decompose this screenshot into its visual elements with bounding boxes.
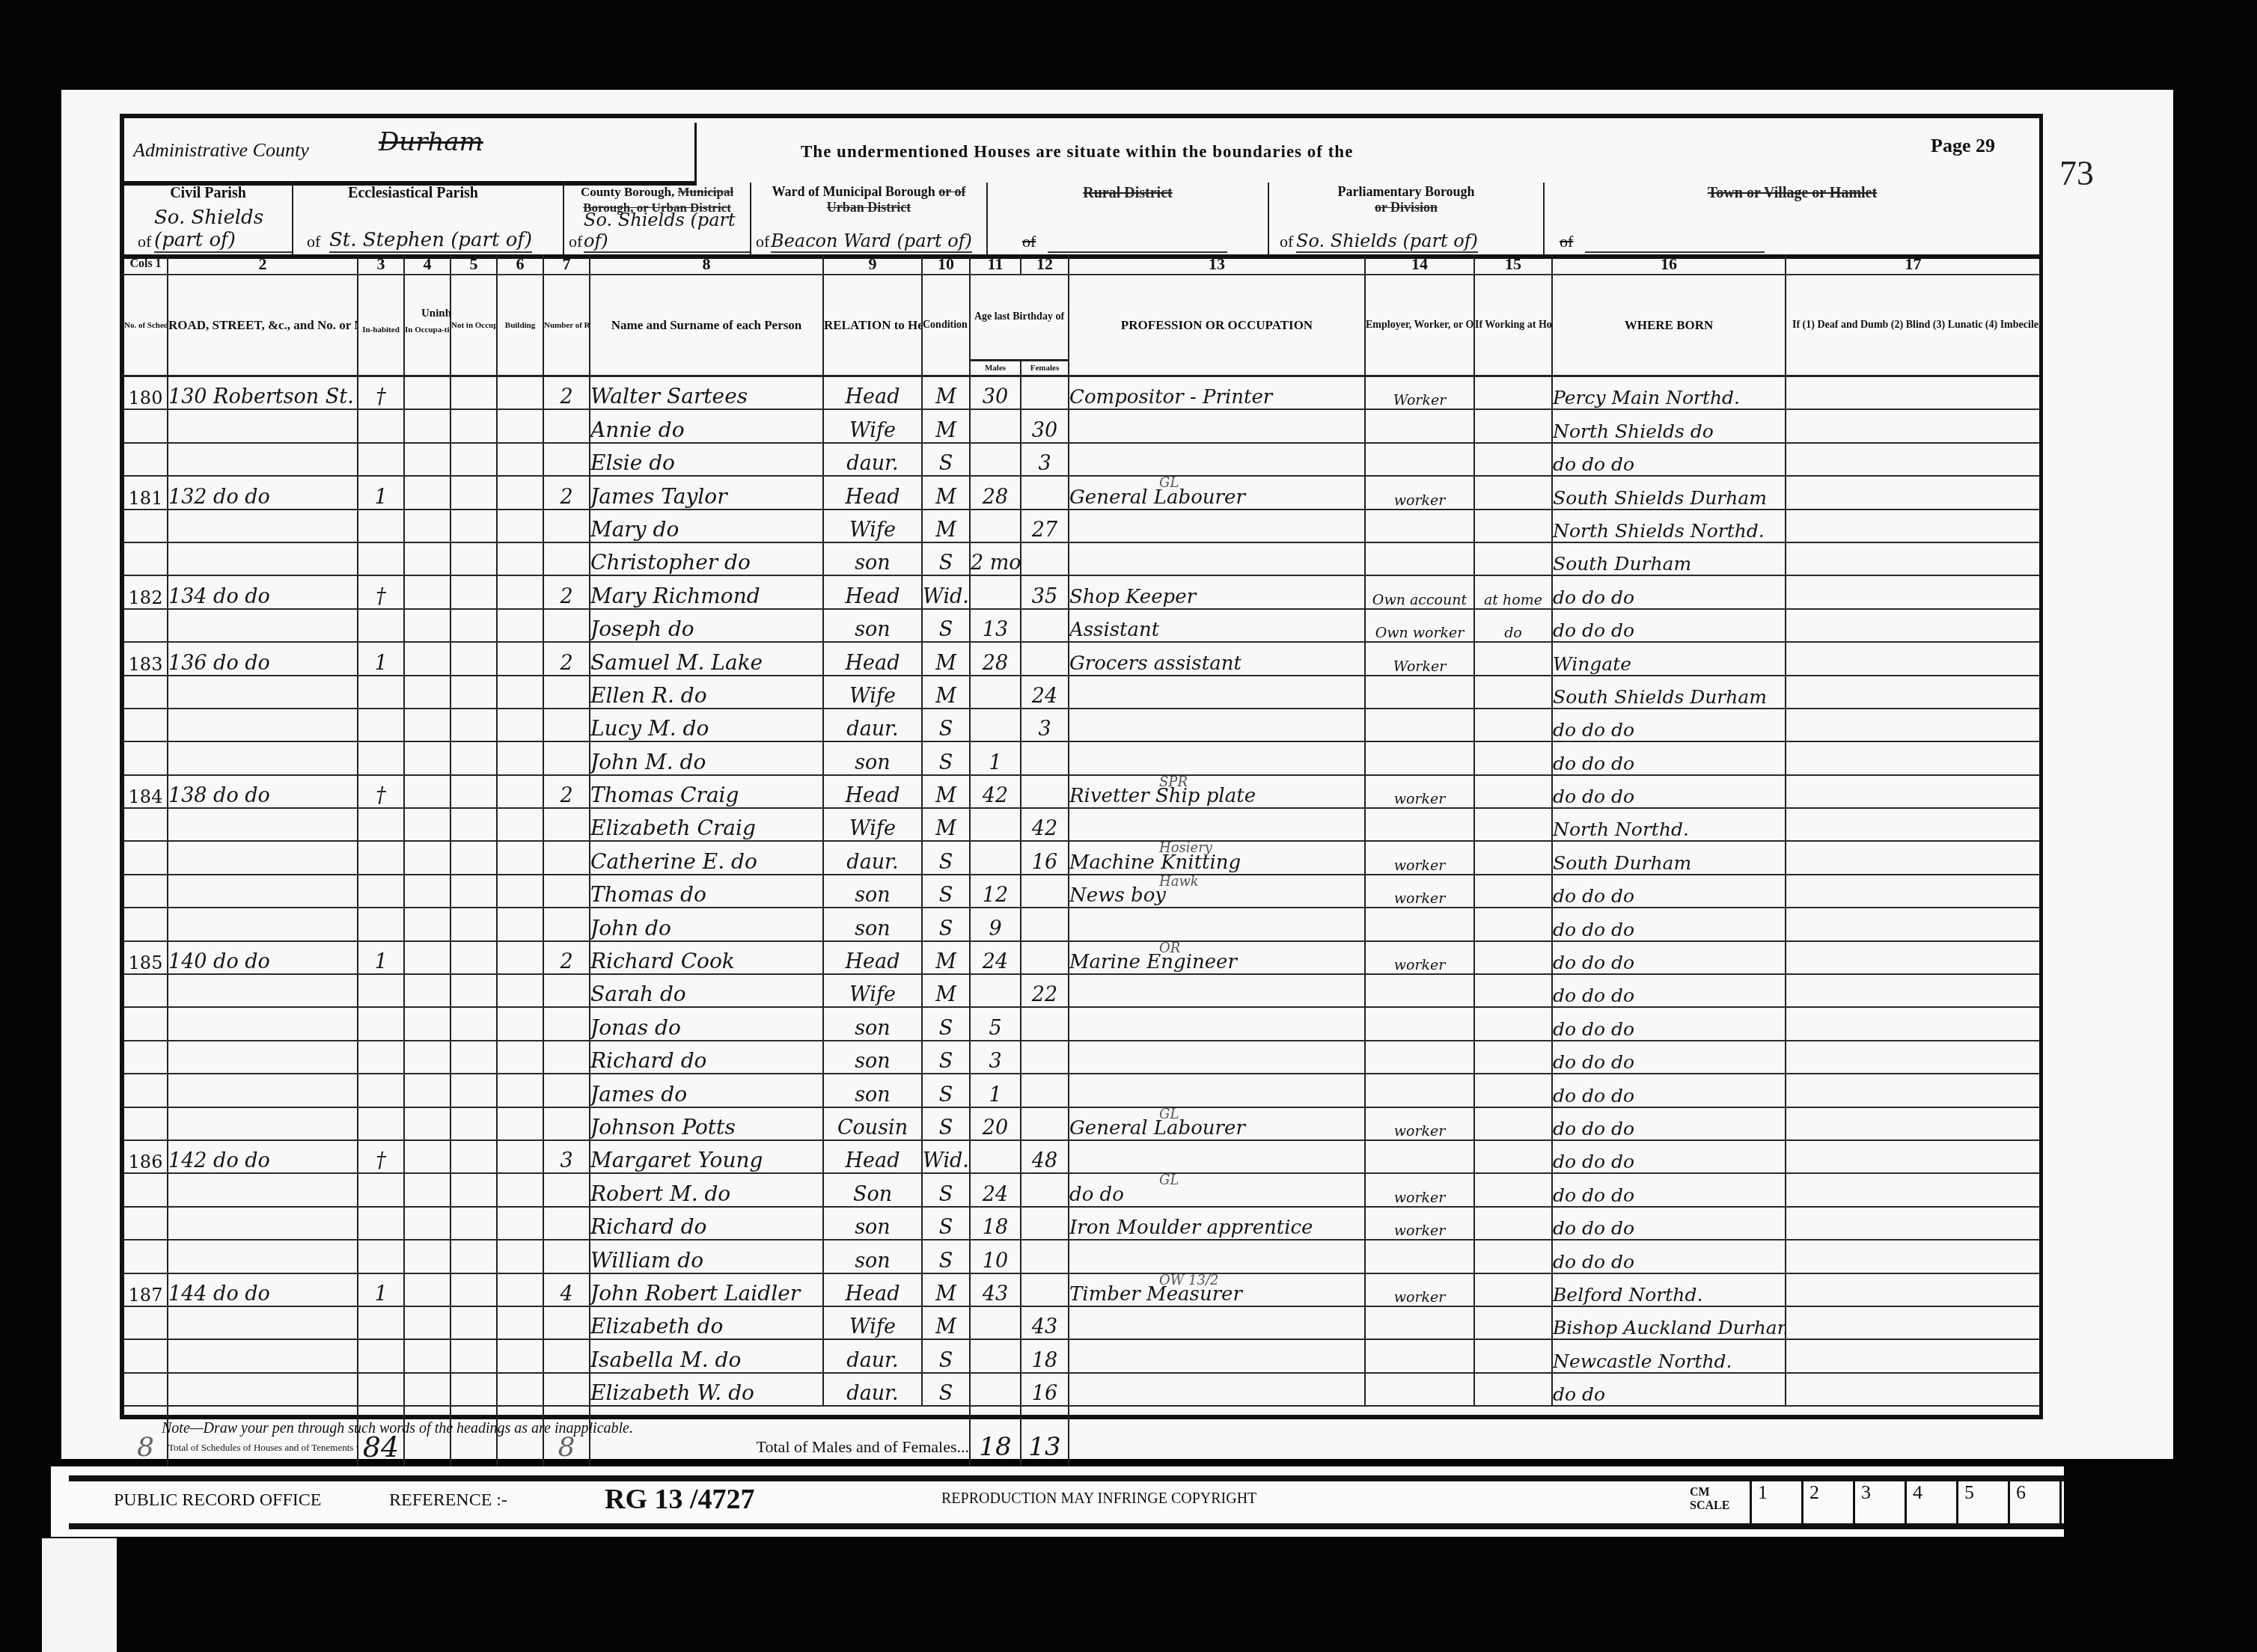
house-address: [168, 1207, 358, 1240]
working-at-home: [1474, 476, 1552, 509]
marital-condition: M: [922, 476, 970, 509]
rooms-count: [543, 1240, 590, 1273]
marital-condition: M: [922, 974, 970, 1007]
rooms-count: [543, 974, 590, 1007]
copyright-notice: REPRODUCTION MAY INFRINGE COPYRIGHT: [941, 1490, 1256, 1508]
birthplace: do do do: [1552, 1173, 1786, 1206]
schedule-number: 186: [124, 1140, 168, 1173]
age-male: [970, 1306, 1021, 1339]
birthplace: do do do: [1552, 609, 1786, 642]
schedule-number: [124, 676, 168, 709]
district-rural: Rural District of: [988, 183, 1269, 254]
inhabited-mark: †: [358, 575, 404, 608]
header-inhabited: HOUSESIn-habited: [358, 275, 404, 376]
rooms-count: 2: [543, 941, 590, 974]
rooms-count: [543, 1007, 590, 1040]
header-schedule: No. of Schedule: [124, 275, 168, 376]
birthplace: South Durham: [1552, 542, 1786, 575]
census-row: Elsie dodaur.S3do do do: [124, 443, 2040, 476]
birthplace: do do do: [1552, 1107, 1786, 1140]
relation-to-head: son: [823, 908, 922, 940]
employment-status: [1365, 409, 1474, 442]
marital-condition: M: [922, 642, 970, 675]
employment-status: [1365, 676, 1474, 709]
age-male: 3: [970, 1041, 1021, 1074]
age-male: 42: [970, 775, 1021, 808]
public-record-office-label: PUBLIC RECORD OFFICE: [114, 1490, 321, 1511]
inhabited-mark: [358, 1207, 404, 1240]
age-male: 12: [970, 875, 1021, 908]
relation-to-head: son: [823, 875, 922, 908]
person-name: Catherine E. do: [590, 841, 823, 874]
occupation: [1069, 510, 1365, 542]
district-parliamentary-borough: Parliamentary Borough or Division of So.…: [1269, 183, 1545, 254]
age-male: 18: [970, 1207, 1021, 1240]
census-row: Elizabeth CraigWifeM42North Northd.: [124, 808, 2040, 841]
relation-to-head: Wife: [823, 808, 922, 841]
census-row: Sarah doWifeM22do do do: [124, 974, 2040, 1007]
person-name: Ellen R. do: [590, 676, 823, 709]
house-address: 136 do do: [168, 642, 358, 675]
schedule-number: [124, 1207, 168, 1240]
enumerator-annotation: Hosiery: [1159, 841, 1212, 856]
house-address: [168, 841, 358, 874]
census-row: Annie doWifeM30North Shields do: [124, 409, 2040, 442]
header-where-born: WHERE BORN: [1552, 275, 1786, 376]
person-name: Mary Richmond: [590, 575, 823, 608]
schedule-number: [124, 443, 168, 476]
occupation: Compositor - Printer: [1069, 376, 1365, 410]
census-row: James dosonS1do do do: [124, 1074, 2040, 1107]
birthplace: do do: [1552, 1373, 1786, 1406]
person-name: Mary do: [590, 510, 823, 542]
occupation: [1069, 808, 1365, 841]
rooms-count: 2: [543, 642, 590, 675]
occupation: [1069, 1007, 1365, 1040]
schedule-number: [124, 1240, 168, 1273]
birthplace: Wingate: [1552, 642, 1786, 675]
working-at-home: [1474, 775, 1552, 808]
census-table: Cols 1 2 3 4 5 6 7 8 9 10 11 12 13 14 15…: [124, 254, 2040, 1492]
person-name: John do: [590, 908, 823, 940]
rooms-count: [543, 1041, 590, 1074]
header-relation: RELATION to Head of Family: [823, 275, 922, 376]
birthplace: do do do: [1552, 1007, 1786, 1040]
schedule-number: [124, 741, 168, 774]
house-address: [168, 908, 358, 940]
employment-status: worker: [1365, 1207, 1474, 1240]
district-ecclesiastical-parish: Ecclesiastical Parish of St. Stephen (pa…: [293, 183, 564, 254]
enumerator-annotation: GL: [1159, 1173, 1179, 1188]
age-female: [1021, 741, 1069, 774]
header-building: Building: [497, 275, 543, 376]
marital-condition: S: [922, 709, 970, 741]
administrative-county-label: Administrative County: [133, 139, 309, 162]
enumerator-annotation: Hawk: [1159, 875, 1199, 890]
house-address: [168, 1107, 358, 1140]
birthplace: do do do: [1552, 1240, 1786, 1273]
house-address: 140 do do: [168, 941, 358, 974]
employment-status: worker: [1365, 1107, 1474, 1140]
person-name: Joseph do: [590, 609, 823, 642]
marital-condition: S: [922, 443, 970, 476]
rooms-count: [543, 1339, 590, 1372]
birthplace: do do do: [1552, 575, 1786, 608]
age-male: [970, 1140, 1021, 1173]
census-row: 185140 do do12Richard CookHeadM24Marine …: [124, 941, 2040, 974]
employment-status: [1365, 1007, 1474, 1040]
page-number: Page 29: [1931, 135, 1995, 157]
census-row: 186142 do do†3Margaret YoungHeadWid.48do…: [124, 1140, 2040, 1173]
birthplace: Bishop Auckland Durham: [1552, 1306, 1786, 1339]
header-not-in-occupation: Not in Occupa-tion.: [451, 275, 497, 376]
marital-condition: S: [922, 1339, 970, 1372]
occupation: [1069, 1074, 1365, 1107]
age-female: [1021, 941, 1069, 974]
relation-to-head: Wife: [823, 510, 922, 542]
enumerator-annotation: GL: [1159, 1107, 1179, 1122]
occupation: Assistant: [1069, 609, 1365, 642]
occupation: Grocers assistant: [1069, 642, 1365, 675]
house-address: 142 do do: [168, 1140, 358, 1173]
header-in-occupation: UninhabitedIn Occupa-tion.: [404, 275, 451, 376]
schedule-number: [124, 908, 168, 940]
relation-to-head: Wife: [823, 409, 922, 442]
employment-status: [1365, 1339, 1474, 1372]
census-row: Elizabeth doWifeM43Bishop Auckland Durha…: [124, 1306, 2040, 1339]
enumerator-annotation: OW 13/2: [1159, 1273, 1218, 1288]
age-male: 24: [970, 941, 1021, 974]
person-name: Christopher do: [590, 542, 823, 575]
age-female: [1021, 1007, 1069, 1040]
employment-status: [1365, 908, 1474, 940]
person-name: Margaret Young: [590, 1140, 823, 1173]
age-female: 22: [1021, 974, 1069, 1007]
paper-stub: [42, 1538, 117, 1652]
inhabited-mark: 1: [358, 476, 404, 509]
person-name: Thomas Craig: [590, 775, 823, 808]
employment-status: [1365, 542, 1474, 575]
occupation: Machine KnittingHosiery: [1069, 841, 1365, 874]
marital-condition: S: [922, 1207, 970, 1240]
age-male: 28: [970, 642, 1021, 675]
age-female: [1021, 1173, 1069, 1206]
house-address: [168, 1306, 358, 1339]
schedule-number: 187: [124, 1273, 168, 1306]
rooms-count: [543, 443, 590, 476]
rooms-count: [543, 875, 590, 908]
inhabited-mark: †: [358, 376, 404, 410]
occupation: [1069, 741, 1365, 774]
column-header-row: No. of Schedule ROAD, STREET, &c., and N…: [124, 275, 2040, 361]
age-female: [1021, 476, 1069, 509]
employment-status: worker: [1365, 1273, 1474, 1306]
schedule-number: 181: [124, 476, 168, 509]
house-address: [168, 609, 358, 642]
relation-to-head: Head: [823, 775, 922, 808]
birthplace: do do do: [1552, 1041, 1786, 1074]
header-infirmity: If (1) Deaf and Dumb (2) Blind (3) Lunat…: [1786, 275, 2040, 376]
marital-condition: S: [922, 1007, 970, 1040]
inhabited-mark: [358, 1074, 404, 1107]
census-row: Elizabeth W. dodaur.S16do do: [124, 1373, 2040, 1406]
rooms-count: 2: [543, 376, 590, 410]
birthplace: North Shields Northd.: [1552, 510, 1786, 542]
instruction-note: Note—Draw your pen through such words of…: [162, 1420, 633, 1437]
working-at-home: [1474, 974, 1552, 1007]
occupation: do doGL: [1069, 1173, 1365, 1206]
person-name: Elizabeth W. do: [590, 1373, 823, 1406]
census-row: Mary doWifeM27North Shields Northd.: [124, 510, 2040, 542]
birthplace: do do do: [1552, 974, 1786, 1007]
rooms-count: [543, 609, 590, 642]
age-female: [1021, 609, 1069, 642]
birthplace: Belford Northd.: [1552, 1273, 1786, 1306]
inhabited-mark: [358, 1007, 404, 1040]
rooms-count: [543, 908, 590, 940]
working-at-home: [1474, 1339, 1552, 1372]
cm-scale-ruler: 1 2 3 4 5 6: [1750, 1481, 2135, 1529]
marital-condition: Wid.: [922, 575, 970, 608]
rooms-count: [543, 808, 590, 841]
occupation: [1069, 1240, 1365, 1273]
house-address: [168, 443, 358, 476]
census-row: John dosonS9do do do: [124, 908, 2040, 940]
occupation: Rivetter Ship plateSPR: [1069, 775, 1365, 808]
schedule-number: [124, 510, 168, 542]
house-address: [168, 1041, 358, 1074]
age-female: [1021, 775, 1069, 808]
birthplace: North Shields do: [1552, 409, 1786, 442]
rooms-count: [543, 409, 590, 442]
house-address: [168, 510, 358, 542]
employment-status: Own worker: [1365, 609, 1474, 642]
schedule-number: [124, 974, 168, 1007]
age-female: [1021, 642, 1069, 675]
occupation: [1069, 1339, 1365, 1372]
working-at-home: [1474, 642, 1552, 675]
age-male: 1: [970, 741, 1021, 774]
census-row: Christopher dosonS2 moSouth Durham: [124, 542, 2040, 575]
relation-to-head: Wife: [823, 1306, 922, 1339]
age-male: [970, 575, 1021, 608]
inhabited-mark: [358, 409, 404, 442]
age-female: [1021, 875, 1069, 908]
age-female: [1021, 1273, 1069, 1306]
district-row: Civil Parish of So. Shields (part of) Ec…: [124, 183, 2040, 259]
age-female: 35: [1021, 575, 1069, 608]
age-male: [970, 443, 1021, 476]
relation-to-head: son: [823, 1207, 922, 1240]
person-name: Richard do: [590, 1207, 823, 1240]
birthplace: South Durham: [1552, 841, 1786, 874]
inhabited-mark: [358, 609, 404, 642]
relation-to-head: Head: [823, 575, 922, 608]
rooms-count: [543, 1107, 590, 1140]
schedule-number: [124, 1107, 168, 1140]
house-address: [168, 974, 358, 1007]
age-male: 43: [970, 1273, 1021, 1306]
occupation: [1069, 1306, 1365, 1339]
person-name: Richard do: [590, 1041, 823, 1074]
marital-condition: S: [922, 542, 970, 575]
house-address: 132 do do: [168, 476, 358, 509]
schedule-number: [124, 841, 168, 874]
occupation: [1069, 542, 1365, 575]
working-at-home: [1474, 1173, 1552, 1206]
relation-to-head: daur.: [823, 443, 922, 476]
age-male: [970, 974, 1021, 1007]
working-at-home: [1474, 741, 1552, 774]
census-row: Thomas dosonS12News boyHawkworkerdo do d…: [124, 875, 2040, 908]
working-at-home: [1474, 376, 1552, 410]
district-town-village: Town or Village or Hamlet of: [1545, 183, 2040, 254]
person-name: John Robert Laidler: [590, 1273, 823, 1306]
cm-scale-label: CMSCALE: [1690, 1486, 1729, 1513]
inhabited-mark: [358, 1240, 404, 1273]
marital-condition: S: [922, 1107, 970, 1140]
working-at-home: [1474, 1306, 1552, 1339]
working-at-home: do: [1474, 609, 1552, 642]
person-name: Jonas do: [590, 1007, 823, 1040]
administrative-county-box: Administrative County Durham: [124, 123, 697, 186]
census-row: Johnson PottsCousinS20General LabourerGL…: [124, 1107, 2040, 1140]
relation-to-head: daur.: [823, 1373, 922, 1406]
inhabited-mark: [358, 1373, 404, 1406]
working-at-home: [1474, 676, 1552, 709]
age-male: 20: [970, 1107, 1021, 1140]
marital-condition: S: [922, 841, 970, 874]
occupation: Iron Moulder apprentice: [1069, 1207, 1365, 1240]
employment-status: [1365, 741, 1474, 774]
working-at-home: [1474, 1273, 1552, 1306]
age-male: 28: [970, 476, 1021, 509]
rooms-count: [543, 1173, 590, 1206]
employment-status: worker: [1365, 775, 1474, 808]
marital-condition: Wid.: [922, 1140, 970, 1173]
birthplace: North Northd.: [1552, 808, 1786, 841]
census-row: Isabella M. dodaur.S18Newcastle Northd.: [124, 1339, 2040, 1372]
schedule-number: [124, 709, 168, 741]
marital-condition: S: [922, 741, 970, 774]
birthplace: Percy Main Northd.: [1552, 376, 1786, 410]
schedule-number: 185: [124, 941, 168, 974]
occupation: [1069, 908, 1365, 940]
census-row: Lucy M. dodaur.S3do do do: [124, 709, 2040, 741]
person-name: Thomas do: [590, 875, 823, 908]
schedule-number: [124, 1339, 168, 1372]
rooms-count: [543, 542, 590, 575]
occupation: Timber MeasurerOW 13/2: [1069, 1273, 1365, 1306]
employment-status: [1365, 1306, 1474, 1339]
enumerator-annotation: GL: [1159, 476, 1179, 491]
house-address: [168, 709, 358, 741]
inhabited-mark: [358, 808, 404, 841]
relation-to-head: son: [823, 609, 922, 642]
house-address: [168, 676, 358, 709]
relation-to-head: daur.: [823, 1339, 922, 1372]
inhabited-mark: [358, 676, 404, 709]
age-male: 10: [970, 1240, 1021, 1273]
person-name: Richard Cook: [590, 941, 823, 974]
age-female: [1021, 1074, 1069, 1107]
age-male: [970, 1339, 1021, 1372]
employment-status: Worker: [1365, 376, 1474, 410]
employment-status: Own account: [1365, 575, 1474, 608]
house-address: [168, 1339, 358, 1372]
inhabited-mark: [358, 908, 404, 940]
age-female: [1021, 376, 1069, 410]
working-at-home: [1474, 542, 1552, 575]
age-female: 42: [1021, 808, 1069, 841]
working-at-home: [1474, 1207, 1552, 1240]
age-female: 16: [1021, 1373, 1069, 1406]
working-at-home: [1474, 941, 1552, 974]
relation-to-head: son: [823, 542, 922, 575]
house-address: 144 do do: [168, 1273, 358, 1306]
employment-status: [1365, 974, 1474, 1007]
birthplace: do do do: [1552, 1074, 1786, 1107]
rooms-count: [543, 741, 590, 774]
person-name: Walter Sartees: [590, 376, 823, 410]
boundaries-banner: The undermentioned Houses are situate wi…: [801, 142, 1353, 162]
inhabited-mark: [358, 1306, 404, 1339]
employment-status: [1365, 1373, 1474, 1406]
relation-to-head: son: [823, 1007, 922, 1040]
person-name: Annie do: [590, 409, 823, 442]
inhabited-mark: [358, 542, 404, 575]
age-female: [1021, 542, 1069, 575]
relation-to-head: Wife: [823, 974, 922, 1007]
occupation: [1069, 1140, 1365, 1173]
person-name: Robert M. do: [590, 1173, 823, 1206]
inhabited-mark: [358, 741, 404, 774]
age-female: [1021, 1240, 1069, 1273]
relation-to-head: Head: [823, 642, 922, 675]
census-row: 180130 Robertson St.†2Walter SarteesHead…: [124, 376, 2040, 410]
rooms-count: [543, 510, 590, 542]
inhabited-mark: 1: [358, 1273, 404, 1306]
enumerator-annotation: SPR: [1159, 775, 1188, 790]
birthplace: do do do: [1552, 941, 1786, 974]
header-name: Name and Surname of each Person: [590, 275, 823, 376]
house-address: [168, 875, 358, 908]
inhabited-mark: †: [358, 1140, 404, 1173]
age-female: 3: [1021, 443, 1069, 476]
census-row: 183136 do do12Samuel M. LakeHeadM28Groce…: [124, 642, 2040, 675]
age-male: [970, 676, 1021, 709]
census-row: Catherine E. dodaur.S16Machine KnittingH…: [124, 841, 2040, 874]
rooms-count: [543, 841, 590, 874]
header-females: Females: [1021, 361, 1069, 376]
age-male: 5: [970, 1007, 1021, 1040]
census-row: 184138 do do†2Thomas CraigHeadM42Rivette…: [124, 775, 2040, 808]
census-row: Richard dosonS18Iron Moulder apprenticew…: [124, 1207, 2040, 1240]
working-at-home: [1474, 443, 1552, 476]
relation-to-head: son: [823, 1074, 922, 1107]
employment-status: Worker: [1365, 642, 1474, 675]
schedule-number: [124, 1373, 168, 1406]
house-address: [168, 1074, 358, 1107]
person-name: Sarah do: [590, 974, 823, 1007]
occupation: General LabourerGL: [1069, 476, 1365, 509]
working-at-home: [1474, 1373, 1552, 1406]
relation-to-head: daur.: [823, 841, 922, 874]
inhabited-mark: [358, 1339, 404, 1372]
inhabited-mark: 1: [358, 941, 404, 974]
age-male: [970, 709, 1021, 741]
house-address: [168, 542, 358, 575]
